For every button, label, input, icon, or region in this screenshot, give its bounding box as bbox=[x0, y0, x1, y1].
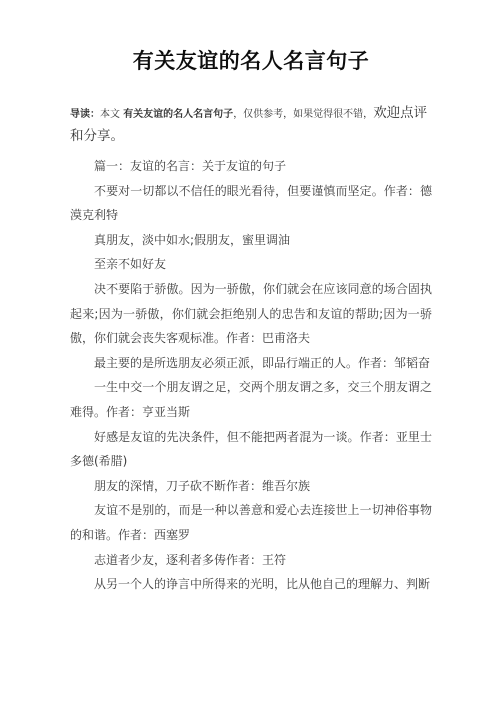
quote-paragraph: 最主要的是所选朋友必须正派，即品行端正的人。作者：邹韬奋 bbox=[70, 351, 432, 376]
quote-paragraph: 一生中交一个朋友谓之足，交两个朋友谓之多，交三个朋友谓之难得。作者：亨亚当斯 bbox=[70, 375, 432, 424]
quote-paragraph: 决不要陷于骄傲。因为一骄傲，你们就会在应该同意的场合固执起来;因为一骄傲，你们就… bbox=[70, 277, 432, 351]
lead-middle: ，仅供参考，如果觉得很不错， bbox=[233, 109, 373, 120]
quote-paragraph: 至亲不如好友 bbox=[70, 252, 432, 277]
page-title: 有关友谊的名人名言句子 bbox=[70, 46, 432, 76]
quote-paragraph: 志道者少友，逐利者多俦作者：王符 bbox=[70, 548, 432, 573]
lead-label: 导读： bbox=[70, 109, 100, 120]
quote-paragraph: 友谊不是别的，而是一种以善意和爱心去连接世上一切神俗事物的和谐。作者：西塞罗 bbox=[70, 498, 432, 547]
quote-paragraph: 从另一个人的诤言中所得来的光明，比从他自己的理解力、判断 bbox=[70, 572, 432, 597]
quote-paragraph: 真朋友，淡中如水;假朋友，蜜里调油 bbox=[70, 228, 432, 253]
lead-paragraph: 导读：本文 有关友谊的名人名言句子，仅供参考，如果觉得很不错，欢迎点评和分享。 bbox=[70, 102, 432, 146]
quote-paragraph: 不要对一切都以不信任的眼光看待，但要谨慎而坚定。作者：德漠克利特 bbox=[70, 179, 432, 228]
lead-highlight: 有关友谊的名人名言句子 bbox=[123, 109, 233, 120]
quote-paragraph: 朋友的深情，刀子砍不断作者：维吾尔族 bbox=[70, 474, 432, 499]
quote-paragraph: 好感是友谊的先决条件，但不能把两者混为一谈。作者：亚里士多德(希腊) bbox=[70, 425, 432, 474]
quote-paragraph: 篇一：友谊的名言：关于友谊的句子 bbox=[70, 154, 432, 179]
lead-prefix: 本文 bbox=[100, 109, 123, 120]
quote-list: 篇一：友谊的名言：关于友谊的句子不要对一切都以不信任的眼光看待，但要谨慎而坚定。… bbox=[70, 154, 432, 597]
document-page: 有关友谊的名人名言句子 导读：本文 有关友谊的名人名言句子，仅供参考，如果觉得很… bbox=[0, 0, 500, 707]
